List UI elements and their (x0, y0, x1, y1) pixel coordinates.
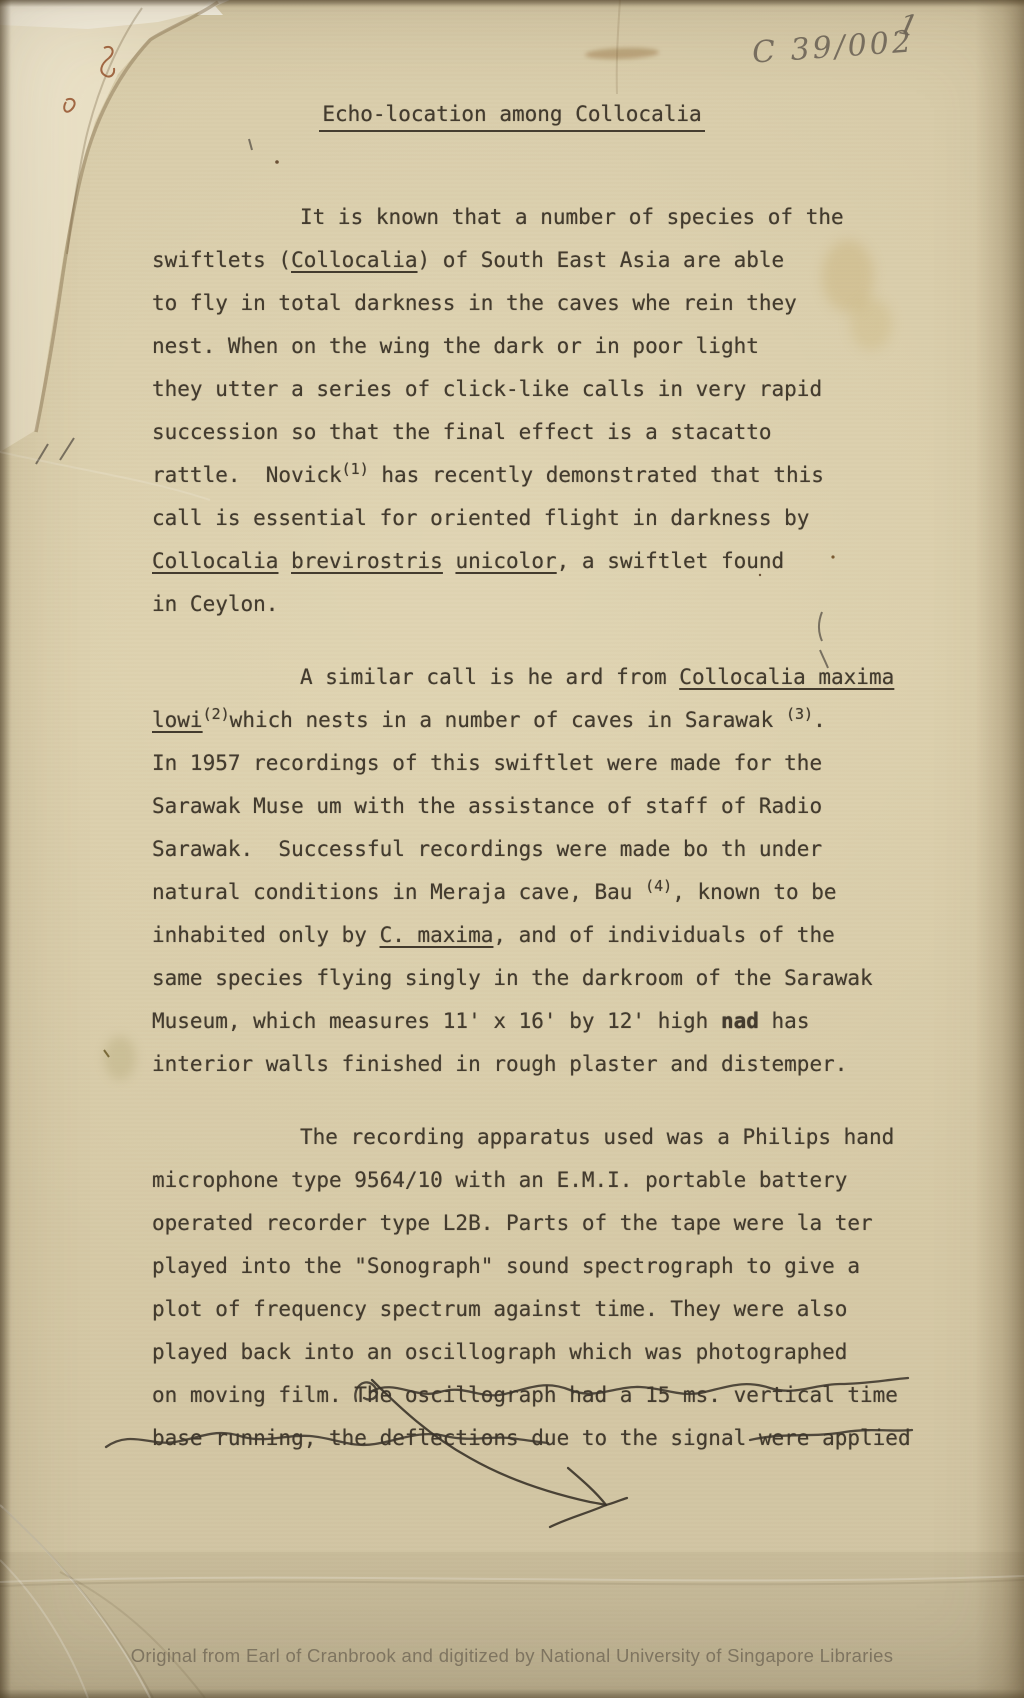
typewritten-line: Collocalia brevirostris unicolor, a swif… (152, 540, 952, 583)
handwritten-page-number: 1 (896, 6, 921, 43)
footnote-reference: (2) (203, 705, 230, 723)
typewritten-line: Museum, which measures 11' x 16' by 12' … (152, 1000, 952, 1043)
typewritten-line: nest. When on the wing the dark or in po… (152, 325, 952, 368)
olive-speck (104, 1050, 109, 1057)
footnote-reference: (1) (342, 460, 369, 478)
typewritten-line: interior walls finished in rough plaster… (152, 1043, 952, 1086)
underlined-text: Collocalia (152, 549, 278, 573)
underlined-text: lowi (152, 708, 203, 732)
ink-speck (275, 160, 279, 164)
paragraph-3: The recording apparatus used was a Phili… (152, 1116, 952, 1460)
typewritten-line: call is essential for oriented flight in… (152, 497, 952, 540)
footnote-reference: (3) (786, 705, 813, 723)
document-title: Echo-location among Collocalia (0, 102, 1024, 126)
document-title-text: Echo-location among Collocalia (319, 102, 704, 132)
typewritten-line: In 1957 recordings of this swiftlet were… (152, 742, 952, 785)
paragraph-2: A similar call is he ard from Collocalia… (152, 656, 952, 1086)
typewritten-line: swiftlets (Collocalia) of South East Asi… (152, 239, 952, 282)
typewritten-line: played into the "Sonograph" sound spectr… (152, 1245, 952, 1288)
underlined-text: Collocalia maxima (679, 665, 894, 689)
underlined-text: Collocalia (291, 248, 417, 272)
bottom-scan-shading (0, 1552, 1024, 1698)
scanned-typewritten-page: C 39/002 1 Echo-location among Collocali… (0, 0, 1024, 1698)
typewritten-line: plot of frequency spectrum against time.… (152, 1288, 952, 1331)
typewritten-line: microphone type 9564/10 with an E.M.I. p… (152, 1159, 952, 1202)
page-edge-shadow-right (975, 0, 1024, 1698)
digitization-watermark: Original from Earl of Cranbrook and digi… (0, 1645, 1024, 1667)
olive-stain (104, 1036, 136, 1080)
underlined-text: C. maxima (380, 923, 494, 947)
page-edge-shadow-left (0, 0, 11, 1698)
underlined-text: brevirostris (291, 549, 443, 573)
typewritten-line: base running, the deflections due to the… (152, 1417, 952, 1460)
typewritten-line: to fly in total darkness in the caves wh… (152, 282, 952, 325)
typewritten-line: lowi(2)which nests in a number of caves … (152, 699, 952, 742)
typewritten-line: succession so that the final effect is a… (152, 411, 952, 454)
handwritten-catalog-number: C 39/002 (751, 24, 915, 70)
footnote-reference: (4) (645, 877, 672, 895)
typewritten-line: A similar call is he ard from Collocalia… (152, 656, 952, 699)
typewritten-line: in Ceylon. (152, 583, 952, 626)
typewritten-line: rattle. Novick(1) has recently demonstra… (152, 454, 952, 497)
typewritten-body: It is known that a number of species of … (152, 196, 952, 1490)
typewritten-line: they utter a series of click-like calls … (152, 368, 952, 411)
typewritten-line: Sarawak. Successful recordings were made… (152, 828, 952, 871)
typewritten-line: on moving film. The oscillograph had a 1… (152, 1374, 952, 1417)
overstruck-text: nad (721, 1009, 759, 1033)
faint-crease (617, 0, 620, 94)
typewritten-line: same species flying singly in the darkro… (152, 957, 952, 1000)
page-edge-shadow-bottom (0, 1689, 1024, 1698)
typewritten-line: played back into an oscillograph which w… (152, 1331, 952, 1374)
typewritten-line: operated recorder type L2B. Parts of the… (152, 1202, 952, 1245)
typewritten-line: Sarawak Muse um with the assistance of s… (152, 785, 952, 828)
typewritten-line: inhabited only by C. maxima, and of indi… (152, 914, 952, 957)
typewritten-line: natural conditions in Meraja cave, Bau (… (152, 871, 952, 914)
underlined-text: unicolor (455, 549, 556, 573)
typewritten-line: The recording apparatus used was a Phili… (152, 1116, 952, 1159)
paragraph-1: It is known that a number of species of … (152, 196, 952, 626)
typewritten-line: It is known that a number of species of … (152, 196, 952, 239)
page-edge-shadow-top (0, 0, 1024, 7)
brown-smudge-stain (585, 47, 659, 61)
